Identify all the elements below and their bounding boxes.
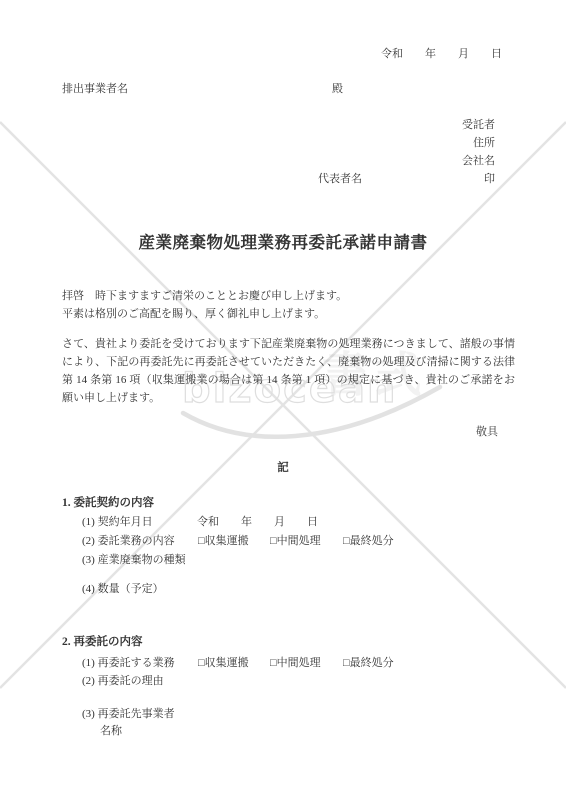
contractor-label: 受託者 bbox=[462, 120, 495, 131]
issue-date-line: 令和 年 月 日 bbox=[381, 49, 502, 60]
company-name-field-label: 名称 bbox=[100, 726, 122, 737]
section-1-heading: 1. 委託契約の内容 bbox=[62, 498, 154, 510]
consigned-work-label: (2) 委託業務の内容 bbox=[82, 536, 175, 547]
address-label: 住所 bbox=[473, 138, 495, 149]
checkbox-option-final-disposal: □最終処分 bbox=[343, 536, 394, 547]
greeting-line-2: 平素は格別のご高配を賜り、厚く御礼申し上げます。 bbox=[62, 309, 325, 320]
contract-date-label: (1) 契約年月日 bbox=[82, 517, 153, 528]
section-2-heading: 2. 再委託の内容 bbox=[62, 637, 143, 649]
record-marker: 記 bbox=[0, 463, 566, 475]
company-name-label: 会社名 bbox=[462, 156, 495, 167]
body-line-4: 願い申し上げます。 bbox=[62, 393, 160, 404]
checkbox-option-final-disposal-2: □最終処分 bbox=[343, 658, 394, 669]
resubcontract-company-label: (3) 再委託先事業者 bbox=[82, 709, 175, 720]
body-line-1: さて、貴社より委託を受けております下記産業廃棄物の処理業務につきまして、諸般の事… bbox=[62, 339, 515, 350]
representative-label: 代表者名 bbox=[318, 174, 362, 185]
seal-label: 印 bbox=[484, 174, 495, 185]
document-page: 書式 bizocean 令和 年 月 日 排出事業者名 殿 受託者 住所 会社名… bbox=[0, 0, 566, 800]
checkbox-option-intermediate-processing: □中間処理 bbox=[270, 536, 321, 547]
resubcontract-work-label: (1) 再委託する業務 bbox=[82, 658, 175, 669]
addressee-honorific: 殿 bbox=[332, 84, 343, 95]
addressee-name-label: 排出事業者名 bbox=[62, 84, 128, 95]
waste-type-label: (3) 産業廃棄物の種類 bbox=[82, 555, 186, 566]
checkbox-option-collection-transport: □収集運搬 bbox=[198, 536, 249, 547]
body-line-2: により、下記の再委託先に再委託させていただきたく、廃棄物の処理及び清掃に関する法… bbox=[62, 357, 515, 368]
checkbox-option-intermediate-processing-2: □中間処理 bbox=[270, 658, 321, 669]
checkbox-option-collection-transport-2: □収集運搬 bbox=[198, 658, 249, 669]
quantity-label: (4) 数量（予定） bbox=[82, 584, 164, 595]
greeting-line-1: 拝啓 時下ますますご清栄のこととお慶び申し上げます。 bbox=[62, 291, 347, 302]
document-title: 産業廃棄物処理業務再委託承諾申請書 bbox=[0, 235, 566, 252]
contract-date-value: 令和 年 月 日 bbox=[197, 517, 318, 528]
body-line-3: 第 14 条第 16 項（収集運搬業の場合は第 14 条第 1 項）の規定に基づ… bbox=[62, 375, 515, 386]
closing-word: 敬具 bbox=[476, 427, 498, 438]
resubcontract-reason-label: (2) 再委託の理由 bbox=[82, 676, 164, 687]
watermark-swoosh-icon bbox=[183, 387, 440, 437]
